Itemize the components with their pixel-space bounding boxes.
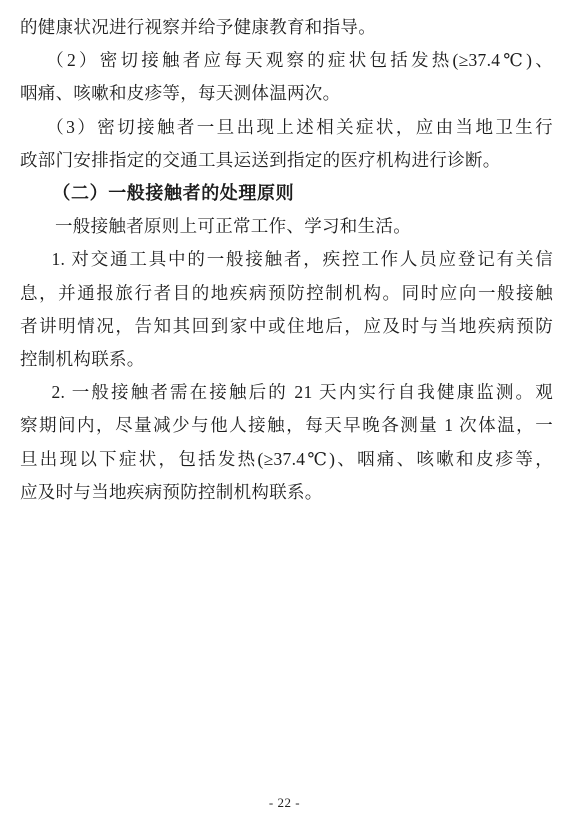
text-line: 息，并通报旅行者目的地疾病预防控制机构。同时应向一般接触	[20, 277, 553, 310]
text-line: 1. 对交通工具中的一般接触者，疾控工作人员应登记有关信	[20, 243, 553, 276]
page-number: - 22 -	[269, 795, 300, 810]
text-line: 政部门安排指定的交通工具运送到指定的医疗机构进行诊断。	[20, 144, 553, 177]
text-line: （3）密切接触者一旦出现上述相关症状，应由当地卫生行	[20, 111, 553, 144]
text-line: 2. 一般接触者需在接触后的 21 天内实行自我健康监测。观	[20, 376, 553, 409]
text-line: 咽痛、咳嗽和皮疹等，每天测体温两次。	[20, 77, 553, 110]
page-body: 的健康状况进行视察并给予健康教育和指导。 （2）密切接触者应每天观察的症状包括发…	[20, 11, 553, 509]
text-line: 控制机构联系。	[20, 343, 553, 376]
text-line: 应及时与当地疾病预防控制机构联系。	[20, 476, 553, 509]
page-footer: - 22 -	[0, 795, 569, 811]
text-line: 的健康状况进行视察并给予健康教育和指导。	[20, 11, 553, 44]
section-heading: （二）一般接触者的处理原则	[20, 177, 553, 210]
document-page: 的健康状况进行视察并给予健康教育和指导。 （2）密切接触者应每天观察的症状包括发…	[0, 0, 569, 832]
text-line: （2）密切接触者应每天观察的症状包括发热(≥37.4℃)、	[20, 44, 553, 77]
text-line: 旦出现以下症状，包括发热(≥37.4℃)、咽痛、咳嗽和皮疹等，	[20, 443, 553, 476]
text-line: 者讲明情况，告知其回到家中或住地后，应及时与当地疾病预防	[20, 310, 553, 343]
text-line: 察期间内，尽量减少与他人接触，每天早晚各测量 1 次体温，一	[20, 409, 553, 442]
text-line: 一般接触者原则上可正常工作、学习和生活。	[20, 210, 553, 243]
